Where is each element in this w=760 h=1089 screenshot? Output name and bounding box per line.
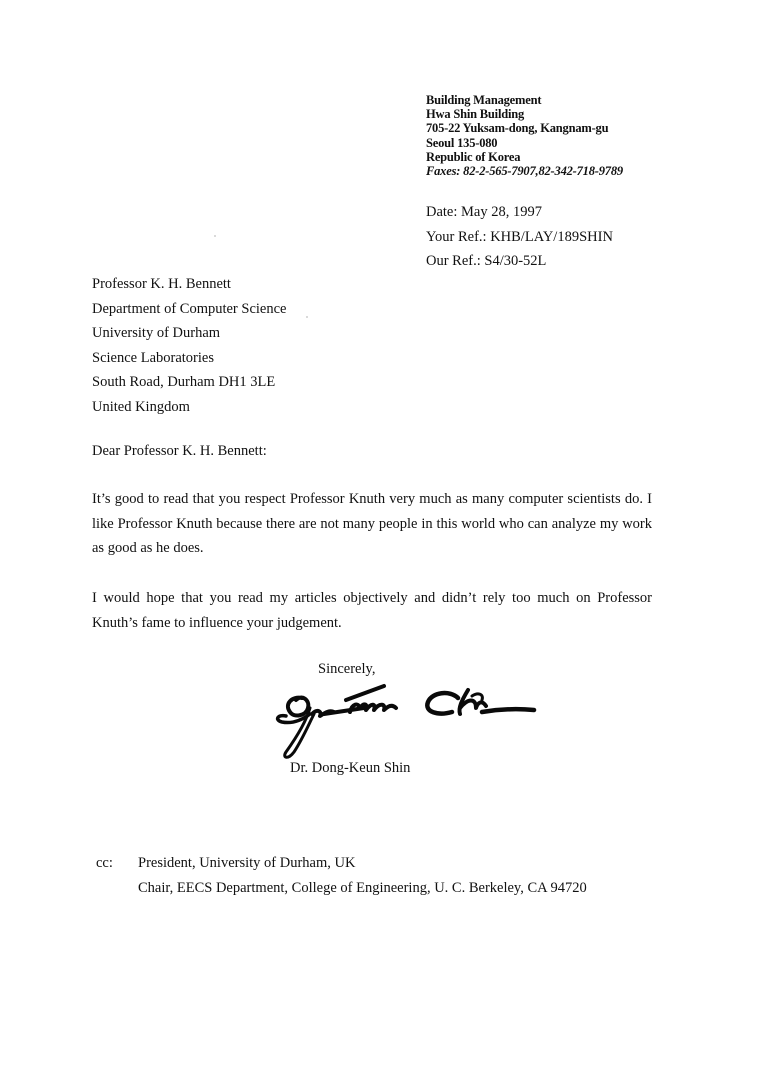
sender-line: Seoul 135-080 [426, 136, 623, 150]
body-paragraph: I would hope that you read my articles o… [92, 586, 652, 635]
salutation: Dear Professor K. H. Bennett: [92, 443, 267, 460]
scan-speck [214, 235, 216, 237]
cc-label: cc: [96, 851, 138, 876]
recipient-line: Professor K. H. Bennett [92, 272, 286, 297]
reference-block: Date: May 28, 1997 Your Ref.: KHB/LAY/18… [426, 200, 613, 274]
recipient-line: Department of Computer Science [92, 297, 286, 322]
recipient-line: South Road, Durham DH1 3LE [92, 370, 286, 395]
letter-date: Date: May 28, 1997 [426, 200, 613, 225]
our-reference: Our Ref.: S4/30-52L [426, 249, 613, 274]
signature-icon [272, 678, 542, 763]
sender-address-block: Building Management Hwa Shin Building 70… [426, 93, 623, 178]
recipient-line: University of Durham [92, 321, 286, 346]
sender-line: 705-22 Yuksam-dong, Kangnam-gu [426, 121, 623, 135]
scan-speck [306, 316, 308, 318]
cc-recipient: Chair, EECS Department, College of Engin… [138, 880, 587, 896]
sender-line: Hwa Shin Building [426, 107, 623, 121]
signer-name: Dr. Dong-Keun Shin [290, 760, 410, 777]
recipient-line: Science Laboratories [92, 346, 286, 371]
valediction: Sincerely, [318, 661, 375, 678]
sender-line: Building Management [426, 93, 623, 107]
sender-line: Republic of Korea [426, 150, 623, 164]
sender-faxes: Faxes: 82-2-565-7907,82-342-718-9789 [426, 164, 623, 178]
cc-recipient: President, University of Durham, UK [138, 855, 355, 871]
your-reference: Your Ref.: KHB/LAY/189SHIN [426, 225, 613, 250]
recipient-address-block: Professor K. H. Bennett Department of Co… [92, 272, 286, 420]
recipient-line: United Kingdom [92, 395, 286, 420]
cc-block: cc:President, University of Durham, UK C… [96, 851, 587, 900]
body-paragraph: It’s good to read that you respect Profe… [92, 487, 652, 561]
